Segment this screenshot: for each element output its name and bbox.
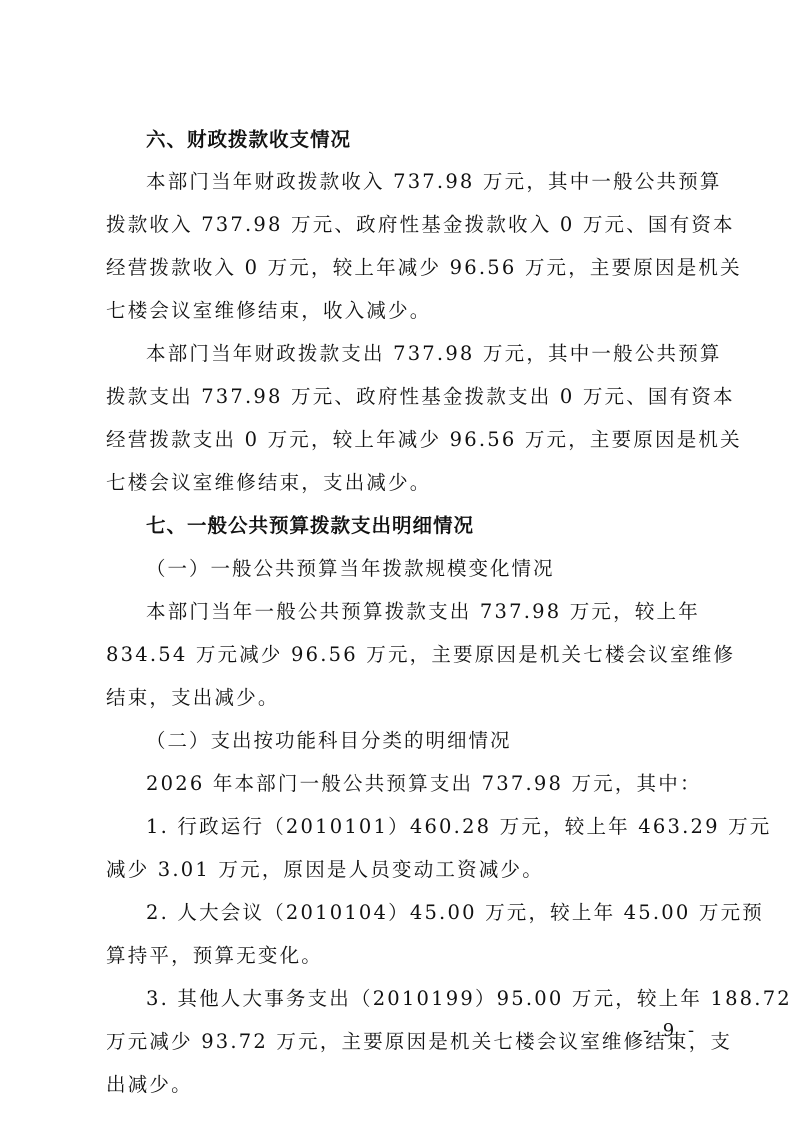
paragraph-line: 本部门当年财政拨款收入 737.98 万元，其中一般公共预算 [146, 170, 736, 194]
list-item-3-cont2: 出减少。 [106, 1073, 696, 1097]
page-number: - 9 - [643, 1020, 698, 1041]
paragraph-line: 拨款支出 737.98 万元、政府性基金拨款支出 0 万元、国有资本 [106, 385, 696, 409]
paragraph-line: 2026 年本部门一般公共预算支出 737.98 万元，其中： [146, 772, 736, 796]
list-item-2-cont: 算持平，预算无变化。 [106, 944, 696, 968]
paragraph-line: 经营拨款收入 0 万元，较上年减少 96.56 万元，主要原因是机关 [106, 256, 696, 280]
paragraph-line: 七楼会议室维修结束，支出减少。 [106, 471, 696, 495]
list-item-3: 3. 其他人大事务支出（2010199）95.00 万元，较上年 188.72 [146, 987, 736, 1011]
paragraph-line: 拨款收入 737.98 万元、政府性基金拨款收入 0 万元、国有资本 [106, 213, 696, 237]
paragraph-line: 七楼会议室维修结束，收入减少。 [106, 299, 696, 323]
list-item-1: 1. 行政运行（2010101）460.28 万元，较上年 463.29 万元 [146, 815, 736, 839]
paragraph-line: 本部门当年财政拨款支出 737.98 万元，其中一般公共预算 [146, 342, 736, 366]
paragraph-line: 本部门当年一般公共预算拨款支出 737.98 万元，较上年 [146, 600, 736, 624]
list-item-1-cont: 减少 3.01 万元，原因是人员变动工资减少。 [106, 858, 696, 882]
paragraph-line: 834.54 万元减少 96.56 万元，主要原因是机关七楼会议室维修 [106, 643, 696, 667]
paragraph-line: 经营拨款支出 0 万元，较上年减少 96.56 万元，主要原因是机关 [106, 428, 696, 452]
section-heading-6: 六、财政拨款收支情况 [146, 128, 736, 152]
section-heading-7: 七、一般公共预算拨款支出明细情况 [146, 514, 736, 538]
document-page: 六、财政拨款收支情况 本部门当年财政拨款收入 737.98 万元，其中一般公共预… [0, 0, 793, 1122]
paragraph-line: 结束，支出减少。 [106, 686, 696, 710]
list-item-3-cont: 万元减少 93.72 万元，主要原因是机关七楼会议室维修结束，支 [106, 1030, 696, 1054]
subsection-heading-2: （二）支出按功能科目分类的明细情况 [146, 729, 736, 753]
list-item-2: 2. 人大会议（2010104）45.00 万元，较上年 45.00 万元预 [146, 901, 736, 925]
subsection-heading-1: （一）一般公共预算当年拨款规模变化情况 [146, 557, 736, 581]
